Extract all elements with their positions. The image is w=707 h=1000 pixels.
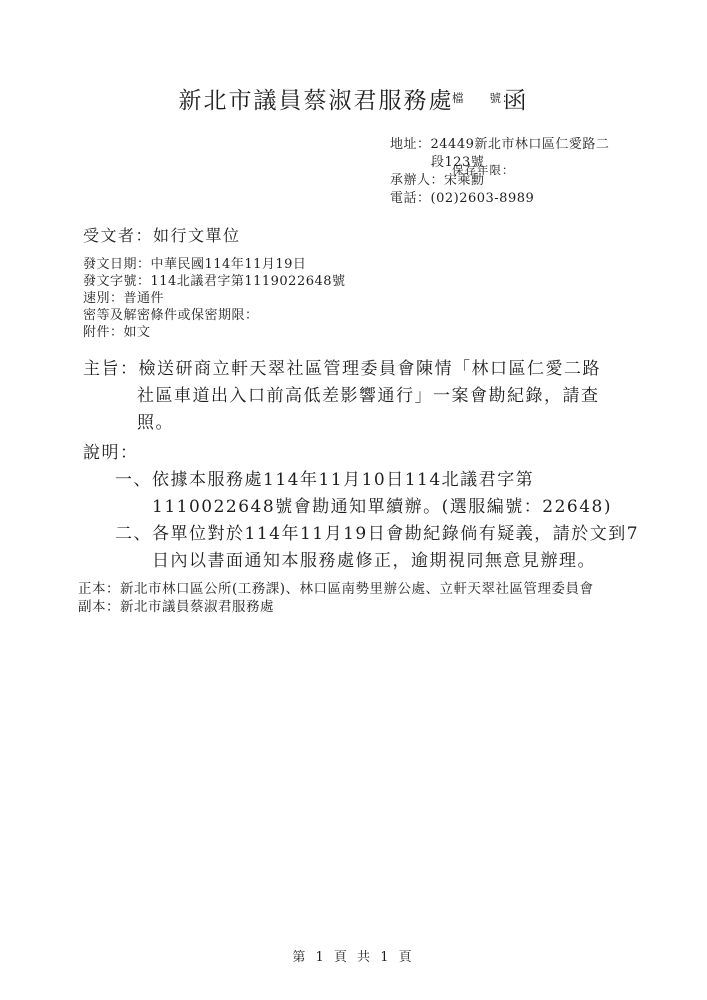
cc-copy-label: 副本： [78, 599, 120, 615]
page-number-footer: 第 1 頁 共 1 頁 [0, 946, 707, 965]
meta-issue-date: 發文日期：中華民國114年11月19日 [83, 256, 346, 273]
document-meta-block: 發文日期：中華民國114年11月19日 發文字號：114北議君字第1119022… [83, 256, 346, 341]
document-title: 新北市議員蔡淑君服務處 函 [0, 82, 707, 115]
recipient-line: 受文者：如行文單位 [83, 223, 241, 246]
original-copy-label: 正本： [78, 581, 120, 597]
recipient-label: 受文者： [83, 226, 153, 245]
subject-section: 主旨：檢送研商立軒天翠社區管理委員會陳情「林口區仁愛二路社區車道出入口前高低差影… [83, 356, 605, 437]
phone-number: (02)2603-8989 [431, 191, 535, 206]
copies-cc-line: 副本：新北市議員蔡淑君服務處 [78, 598, 594, 616]
item-2-number: 二、 [115, 524, 152, 544]
sender-address-line1: 地址：24449新北市林口區仁愛路二 [390, 136, 609, 154]
meta-attachment: 附件：如文 [83, 324, 346, 341]
description-heading: 說明： [83, 440, 623, 467]
cc-copy-value: 新北市議員蔡淑君服務處 [120, 599, 274, 615]
description-item-2: 二、各單位對於114年11月19日會勘紀錄倘有疑義，請於文到7日內以書面通知本服… [115, 521, 640, 575]
copies-original-line: 正本：新北市林口區公所(工務課)、林口區南勢里辦公處、立軒天翠社區管理委員會 [78, 580, 594, 598]
item-1-text: 依據本服務處114年11月10日114北議君字第1110022648號會勘通知單… [152, 470, 612, 517]
address-value-line1: 24449新北市林口區仁愛路二 [431, 137, 610, 152]
sender-address-line2: 段123號 [431, 154, 609, 172]
sender-phone-line: 電話：(02)2603-8989 [390, 190, 609, 208]
description-section: 說明： 一、依據本服務處114年11月10日114北議君字第1110022648… [83, 440, 623, 575]
meta-speed-class: 速別：普通件 [83, 290, 346, 307]
original-copy-value: 新北市林口區公所(工務課)、林口區南勢里辦公處、立軒天翠社區管理委員會 [120, 581, 594, 597]
description-item-1: 一、依據本服務處114年11月10日114北議君字第1110022648號會勘通… [115, 467, 640, 521]
item-2-text: 各單位對於114年11月19日會勘紀錄倘有疑義，請於文到7日內以書面通知本服務處… [152, 524, 639, 571]
recipient-value: 如行文單位 [153, 226, 241, 245]
sender-contact-line: 承辦人：宋乘勳 [390, 172, 609, 190]
sender-info-block: 地址：24449新北市林口區仁愛路二 段123號 承辦人：宋乘勳 電話：(02)… [390, 136, 609, 208]
item-1-number: 一、 [115, 470, 152, 490]
meta-doc-number: 發文字號：114北議君字第1119022648號 [83, 273, 346, 290]
subject-text: 檢送研商立軒天翠社區管理委員會陳情「林口區仁愛二路社區車道出入口前高低差影響通行… [137, 359, 601, 433]
contact-person-name: 宋乘勳 [444, 173, 485, 188]
official-letter-page: 檔 號： 保存年限： 新北市議員蔡淑君服務處 函 地址：24449新北市林口區仁… [0, 0, 707, 1000]
address-label: 地址： [390, 137, 431, 152]
subject-label: 主旨： [83, 359, 139, 379]
address-value-line2: 段123號 [431, 155, 484, 170]
phone-label: 電話： [390, 191, 431, 206]
meta-security-class: 密等及解密條件或保密期限： [83, 307, 346, 324]
subject-paragraph: 主旨：檢送研商立軒天翠社區管理委員會陳情「林口區仁愛二路社區車道出入口前高低差影… [83, 356, 605, 437]
contact-person-label: 承辦人： [390, 173, 444, 188]
copies-section: 正本：新北市林口區公所(工務課)、林口區南勢里辦公處、立軒天翠社區管理委員會 副… [78, 580, 594, 616]
